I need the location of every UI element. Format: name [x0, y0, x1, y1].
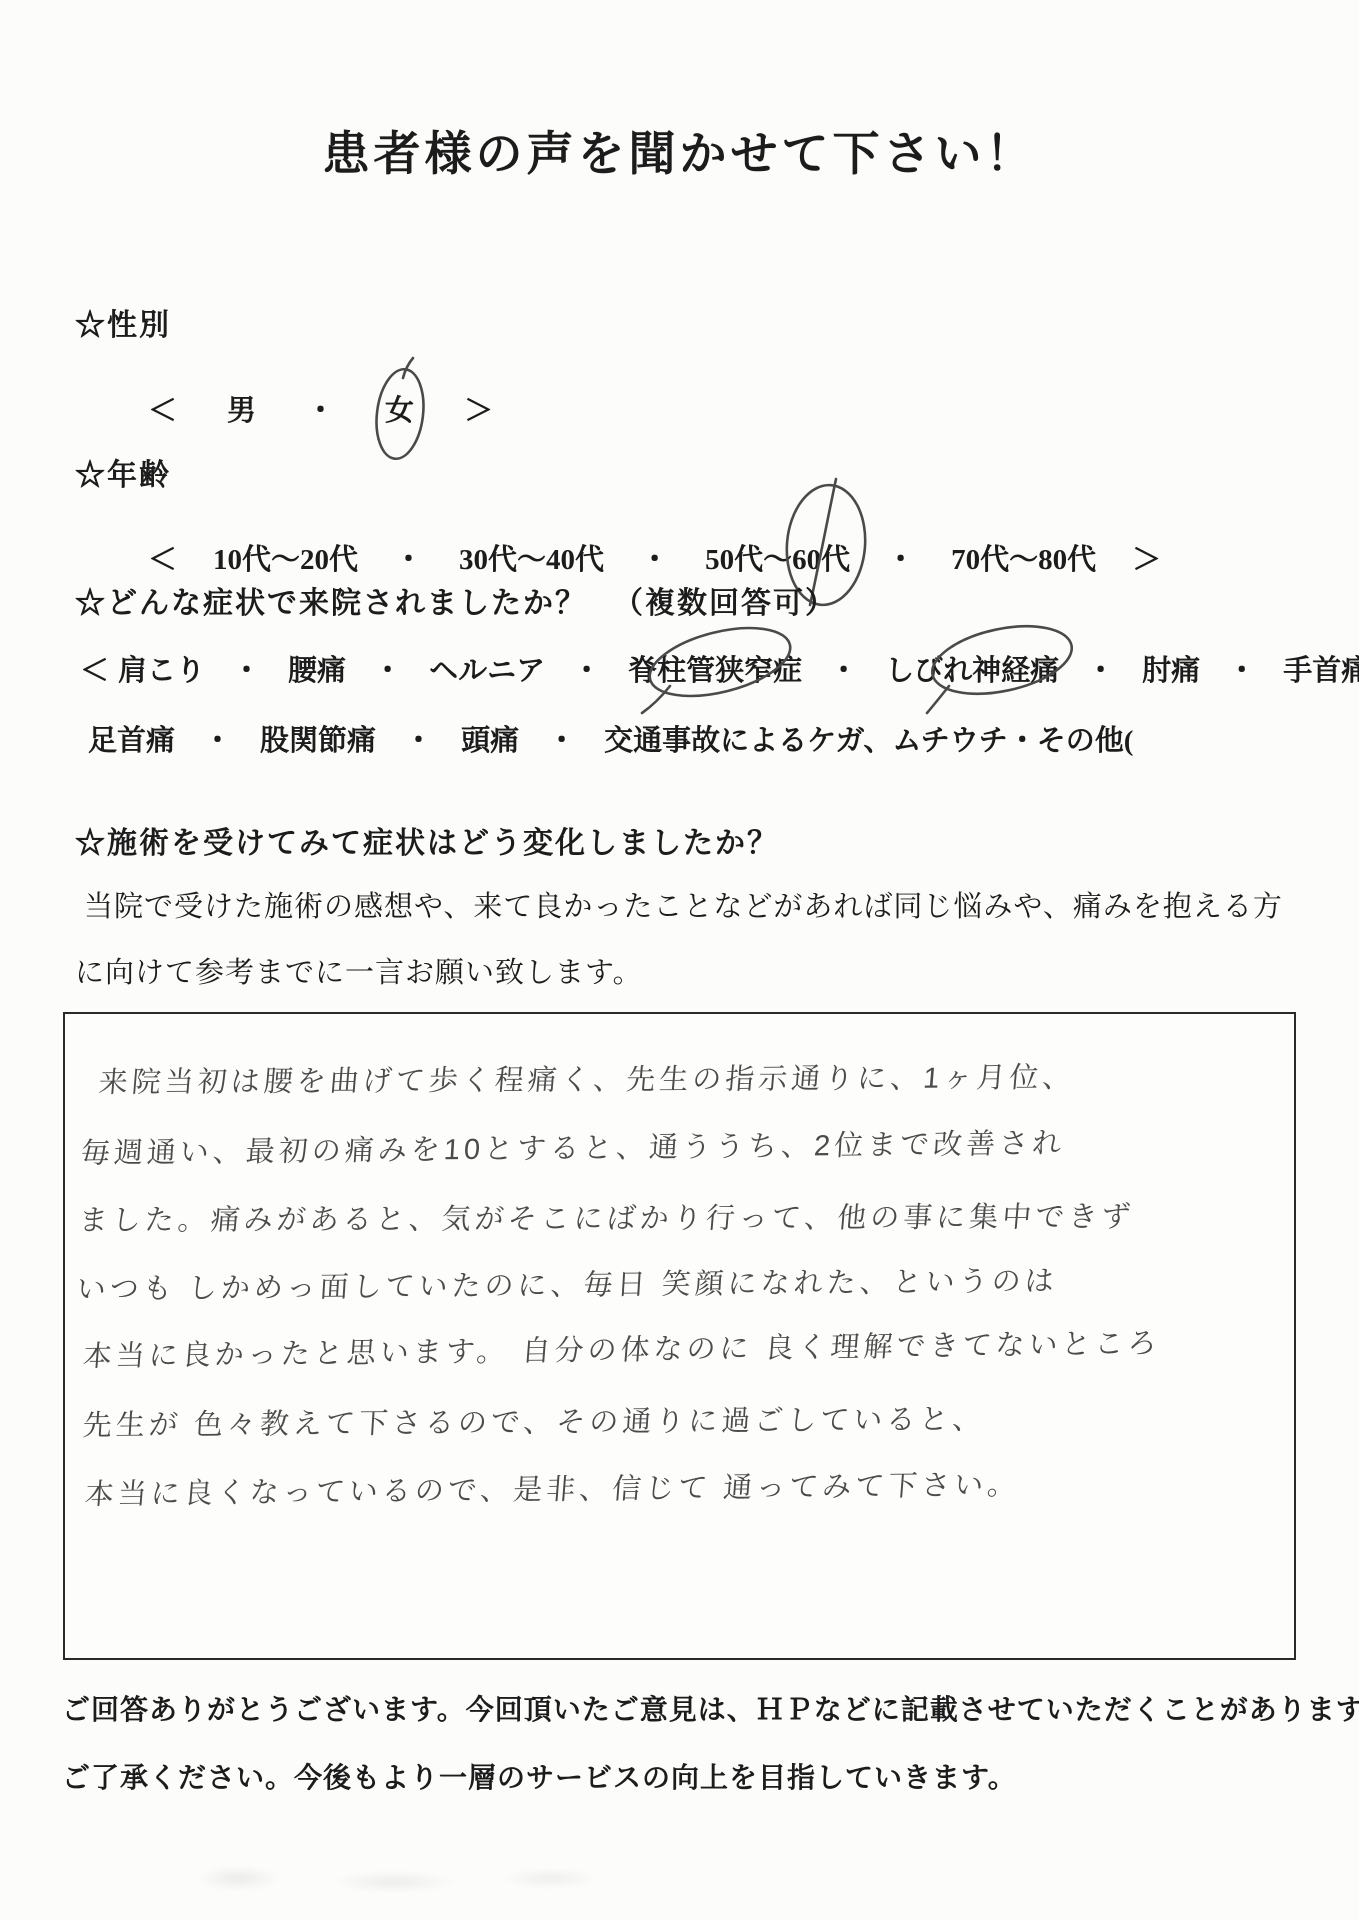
symptom-separator-dot: ・	[829, 648, 858, 689]
symptom-hijitsuu: 肘痛	[1142, 648, 1200, 689]
symptom-katakori: 肩こり	[118, 648, 205, 689]
change-question-label: ☆施術を受けてみて症状はどう変化しましたか？	[75, 818, 779, 862]
symptom-separator-dot: ・	[1227, 648, 1256, 689]
instruction-line2: に向けて参考までに一言お願い致します。	[75, 950, 643, 991]
symptom-zutsuu: 頭痛	[461, 718, 519, 759]
symptom-open-bracket: ＜	[80, 648, 109, 689]
age-option-30-40: 30代～40代	[459, 537, 604, 578]
handwritten-line: 来院当初は腰を曲げて歩く程痛く、先生の指示通りに、1ヶ月位、	[97, 1054, 1295, 1101]
age-separator-dot: ・	[394, 537, 423, 578]
age-section-label: ☆年齢	[75, 450, 171, 494]
symptom-separator-dot: ・	[203, 718, 232, 759]
gender-option-male: 男	[227, 388, 256, 429]
gender-options-row: ＜ 男 ・ 女 ＞	[148, 388, 493, 429]
symptom-shibire-shinkeitsuu: しびれ神経痛	[885, 655, 1059, 687]
gender-option-female: 女	[385, 395, 414, 427]
symptom-options-row2: 足首痛 ・ 股関節痛 ・ 頭痛 ・ 交通事故によるケガ、ムチウチ・その他( )＞	[88, 718, 1359, 759]
symptom-sekichuukan-wrap: 脊柱管狭窄症	[628, 648, 802, 689]
symptom-separator-dot: ・	[404, 718, 433, 759]
symptom-question-row: ☆どんな症状で来院されましたか？ （複数回答可）	[75, 578, 837, 622]
ink-bleed-through-marks	[160, 1840, 680, 1910]
symptom-youtsuu: 腰痛	[288, 648, 346, 689]
handwritten-line: 毎週通い、最初の痛みを10とすると、通ううち、2位まで改善され	[80, 1118, 1295, 1172]
age-options-row: ＜ 10代～20代 ・ 30代～40代 ・ 50代～60代 ・ 70代～80代 …	[148, 537, 1161, 578]
age-separator-dot: ・	[886, 537, 915, 578]
handwritten-line: 本当に良くなっているので、是非、信じて 通ってみて下さい。	[83, 1459, 1295, 1513]
symptom-multi-answer-note: （複数回答可）	[613, 578, 837, 622]
handwritten-answer-box: 来院当初は腰を曲げて歩く程痛く、先生の指示通りに、1ヶ月位、 毎週通い、最初の痛…	[63, 1012, 1296, 1660]
symptom-separator-dot: ・	[232, 648, 261, 689]
page-title: 患者様の声を聞かせて下さい！	[0, 117, 1359, 184]
gender-open-bracket: ＜	[148, 388, 177, 429]
age-open-bracket: ＜	[148, 537, 177, 578]
symptom-kokansetsutsuu: 股関節痛	[260, 718, 376, 759]
gender-close-bracket: ＞	[464, 388, 493, 429]
footer-line1: ご回答ありがとうございます。今回頂いたご意見は、ＨＰなどに記載させていただくこと…	[62, 1688, 1359, 1728]
symptom-ashikubitsuu: 足首痛	[88, 718, 175, 759]
symptom-separator-dot: ・	[547, 718, 576, 759]
symptom-section-label: ☆どんな症状で来院されましたか？	[75, 578, 587, 622]
symptom-shibire-wrap: しびれ神経痛	[885, 648, 1059, 689]
handwritten-line: 先生が 色々教えて下さるので、その通りに過ごしていると、	[82, 1395, 1296, 1444]
gender-option-female-wrap: 女	[385, 388, 414, 429]
symptom-separator-dot: ・	[373, 648, 402, 689]
patient-feedback-form: 患者様の声を聞かせて下さい！ ☆性別 ＜ 男 ・ 女 ＞ ☆年齢 ＜ 10代～2…	[0, 0, 1359, 1920]
handwritten-line: いつも しかめっ面していたのに、毎日 笑顔になれた、というのは	[76, 1256, 1295, 1308]
symptom-jiko-sonota: 交通事故によるケガ、ムチウチ・その他(	[604, 718, 1133, 759]
handwritten-line: ました。痛みがあると、気がそこにばかり行って、他の事に集中できず	[77, 1194, 1295, 1239]
gender-section-label: ☆性別	[75, 300, 171, 344]
age-option-70-80: 70代～80代	[951, 537, 1096, 578]
symptom-separator-dot: ・	[572, 648, 601, 689]
symptom-separator-dot: ・	[1086, 648, 1115, 689]
handwritten-line: 本当に良かったと思います。 自分の体なのに 良く理解できてないところ	[81, 1319, 1295, 1375]
symptom-sekichuukan-kyousakushou: 脊柱管狭窄症	[628, 655, 802, 687]
age-option-50-60: 50代～60代	[705, 544, 850, 576]
symptom-tekubitsuu: 手首痛	[1283, 648, 1359, 689]
age-option-10-20: 10代～20代	[213, 537, 358, 578]
age-separator-dot: ・	[640, 537, 669, 578]
symptom-options-row1: ＜ 肩こり ・ 腰痛 ・ ヘルニア ・ 脊柱管狭窄症 ・ しびれ神経痛 ・ 肘痛…	[80, 648, 1359, 689]
age-option-50-60-wrap: 50代～60代	[705, 537, 850, 578]
symptom-hernia: ヘルニア	[429, 648, 545, 689]
footer-line2: ご了承ください。今後もより一層のサービスの向上を目指していきます。	[62, 1756, 1017, 1796]
instruction-line1: 当院で受けた施術の感想や、来て良かったことなどがあれば同じ悩みや、痛みを抱える方	[84, 884, 1283, 925]
gender-separator-dot: ・	[306, 388, 335, 429]
age-close-bracket: ＞	[1132, 537, 1161, 578]
